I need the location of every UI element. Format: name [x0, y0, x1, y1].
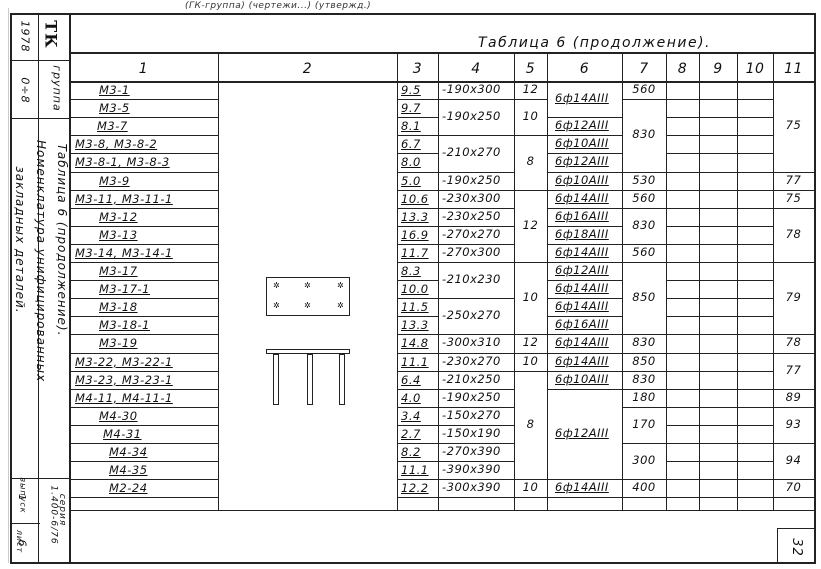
mass-value: 6.7: [401, 139, 421, 151]
grid-line: [438, 135, 514, 136]
element-name: М3-19: [99, 338, 138, 350]
plate-size: -150x190: [442, 428, 501, 440]
grid-line: [69, 371, 218, 372]
mass-value: 8.0: [401, 157, 421, 169]
grid-line: [666, 135, 699, 136]
grid-line: [666, 226, 699, 227]
grid-line: [666, 316, 699, 317]
length-value: 400: [632, 482, 655, 494]
element-name: М3-8, М3-8-2: [75, 139, 157, 151]
grid-line: [218, 52, 219, 510]
grid-line: [438, 497, 514, 498]
mass-value: 6.4: [401, 375, 421, 387]
grid-line: [514, 190, 547, 191]
element-name: М4-11, М4-11-1: [75, 393, 173, 405]
grid-line: [69, 461, 218, 462]
hole-icon: ✲: [273, 281, 280, 290]
thickness: 8: [527, 156, 535, 168]
element-name: М3-14, М3-14-1: [75, 248, 173, 260]
element-name: М3-17-1: [99, 284, 150, 296]
column-header-7: 7: [639, 62, 648, 76]
rebar-spec: 6ф14АIII: [555, 482, 609, 494]
grid-line: [397, 262, 438, 263]
grid-line: [69, 353, 218, 354]
mass-value: 14.8: [401, 338, 429, 350]
grid-line: [666, 190, 699, 191]
grid-line: [69, 510, 814, 511]
thickness: 12: [523, 337, 539, 349]
plate-size: -210x230: [442, 274, 501, 286]
grid-line: [397, 117, 438, 118]
length-value: 830: [632, 129, 655, 141]
grid-line: [666, 443, 699, 444]
grid-line: [699, 244, 737, 245]
description-line1: Таблица 6 (продолжение).: [55, 140, 69, 340]
grid-line: [737, 244, 773, 245]
grid-line: [737, 172, 773, 173]
grid-line: [397, 353, 438, 354]
plate-size: -250x270: [442, 310, 501, 322]
side-h1: [10, 60, 69, 61]
grid-line: [622, 407, 666, 408]
grid-line: [397, 190, 438, 191]
plate-size: -300x310: [442, 337, 501, 349]
grid-line: [699, 407, 737, 408]
grid-line: [737, 334, 773, 335]
grid-line: [397, 226, 438, 227]
side-h4: [10, 523, 40, 524]
grid-line: [773, 407, 814, 408]
grid-line: [397, 153, 438, 154]
element-name: М3-22, М3-22-1: [75, 357, 173, 369]
column-header-3: 3: [413, 62, 422, 76]
sheet-value: 6: [16, 540, 29, 548]
element-name: М3-23, М3-23-1: [75, 375, 173, 387]
length-value: 560: [632, 193, 655, 205]
element-name: М3-18: [99, 302, 138, 314]
rebar-spec: 6ф16АIII: [555, 211, 609, 223]
grid-line: [69, 334, 218, 335]
grid-line: [69, 407, 218, 408]
grid-line: [69, 425, 218, 426]
element-name: М3-13: [99, 230, 138, 242]
plate-size: -230x250: [442, 211, 501, 223]
length-value: 850: [632, 356, 655, 368]
grid-line: [666, 298, 699, 299]
grid-line: [666, 425, 699, 426]
group-label: группа: [51, 65, 64, 111]
drawing-sheet: (ГК-группа) (чертежи...) (утвержд.) ТК 1…: [0, 0, 821, 569]
rebar-spec: 6ф14АIII: [555, 301, 609, 313]
mass-value: 11.1: [401, 357, 429, 369]
grid-line: [397, 371, 438, 372]
grid-line: [666, 208, 699, 209]
reference-number: 77: [786, 175, 802, 187]
rebar-spec: 6ф12АIII: [555, 156, 609, 168]
top-strip-text: (ГК-группа) (чертежи...) (утвержд.): [185, 2, 371, 11]
grid-line: [69, 135, 218, 136]
reference-number: 75: [786, 120, 802, 132]
page-number: 32: [789, 538, 804, 557]
grid-line: [622, 443, 666, 444]
thickness: 10: [523, 111, 539, 123]
grid-line: [397, 479, 438, 480]
grid-line: [737, 461, 773, 462]
grid-line: [438, 298, 514, 299]
grid-line: [69, 280, 218, 281]
grid-line: [773, 262, 814, 263]
plate-size: -190x300: [442, 84, 501, 96]
grid-line: [699, 425, 737, 426]
element-name: М4-31: [103, 429, 142, 441]
rebar-spec: 6ф14АIII: [555, 356, 609, 368]
grid-line: [397, 461, 438, 462]
grid-line: [666, 117, 699, 118]
grid-line: [547, 389, 622, 390]
grid-line: [397, 443, 438, 444]
mass-value: 8.2: [401, 447, 421, 459]
mass-value: 16.9: [401, 230, 429, 242]
mass-value: 3.4: [401, 411, 421, 423]
grid-line: [737, 316, 773, 317]
grid-line: [699, 172, 737, 173]
issue-value: 1: [16, 494, 27, 501]
year: 1978: [19, 21, 32, 53]
reference-number: 79: [786, 292, 802, 304]
grid-line: [666, 371, 699, 372]
grid-line: [397, 280, 438, 281]
reference-number: 89: [786, 392, 802, 404]
plate-size: -210x270: [442, 147, 501, 159]
plate-size: -210x250: [442, 374, 501, 386]
grid-line: [699, 99, 737, 100]
element-name: М3-1: [99, 85, 130, 97]
plate-size: -270x300: [442, 247, 501, 259]
grid-line: [397, 244, 438, 245]
grid-line: [737, 497, 773, 498]
element-name: М3-11, М3-11-1: [75, 194, 173, 206]
grid-line: [737, 117, 773, 118]
length-value: 180: [632, 392, 655, 404]
grid-line: [699, 497, 737, 498]
reference-number: 75: [786, 193, 802, 205]
mass-value: 5.0: [401, 176, 421, 188]
grid-line: [69, 298, 218, 299]
table-title: Таблица 6 (продолжение).: [478, 36, 711, 50]
grid-line: [397, 407, 438, 408]
element-name: М3-12: [99, 212, 138, 224]
column-header-10: 10: [746, 62, 765, 76]
column-header-8: 8: [678, 62, 687, 76]
grid-line: [69, 262, 218, 263]
grid-line: [737, 226, 773, 227]
grid-line: [773, 443, 814, 444]
grid-line: [69, 208, 218, 209]
grid-line: [699, 298, 737, 299]
grid-line: [69, 497, 218, 498]
column-header-1: 1: [139, 62, 148, 76]
grid-line: [397, 334, 438, 335]
rebar-spec: 6ф12АIII: [555, 120, 609, 132]
grid-line: [69, 244, 218, 245]
thickness: 10: [523, 292, 539, 304]
column-header-4: 4: [471, 62, 480, 76]
grid-line: [737, 389, 773, 390]
reference-number: 78: [786, 229, 802, 241]
mass-value: 13.3: [401, 212, 429, 224]
grid-line: [514, 52, 515, 510]
rebar-spec: 6ф14АIII: [555, 283, 609, 295]
series-value: 1.400-6/76: [49, 485, 59, 544]
reference-number: 94: [786, 455, 802, 467]
element-name: М4-30: [99, 411, 138, 423]
column-header-2: 2: [303, 62, 312, 76]
grid-line: [514, 99, 547, 100]
mass-value: 11.1: [401, 465, 429, 477]
grid-line: [699, 262, 737, 263]
reference-number: 70: [786, 482, 802, 494]
grid-line: [69, 153, 218, 154]
thickness: 10: [523, 482, 539, 494]
mass-value: 9.5: [401, 85, 421, 97]
grid-line: [547, 497, 622, 498]
mass-value: 10.0: [401, 284, 429, 296]
element-name: М3-18-1: [99, 320, 150, 332]
grid-line: [666, 244, 699, 245]
grid-line: [699, 479, 737, 480]
length-value: 560: [632, 247, 655, 259]
mass-value: 8.3: [401, 266, 421, 278]
grid-line: [699, 334, 737, 335]
length-value: 850: [632, 292, 655, 304]
grid-line: [737, 280, 773, 281]
rebar-spec: 6ф14АIII: [555, 247, 609, 259]
mass-value: 13.3: [401, 320, 429, 332]
grid-line: [699, 153, 737, 154]
rebar-spec: 6ф14АIII: [555, 337, 609, 349]
grid-line: [666, 479, 699, 480]
element-name: М2-24: [109, 483, 148, 495]
grid-line: [699, 443, 737, 444]
grid-line: [514, 135, 547, 136]
grid-line: [666, 407, 699, 408]
length-value: 170: [632, 419, 655, 431]
grid-line: [699, 371, 737, 372]
element-name: М3-7: [97, 121, 128, 133]
right-border: [814, 13, 816, 562]
thickness: 12: [523, 84, 539, 96]
left-border: [10, 13, 12, 562]
scan-edge: [8, 8, 9, 563]
grid-line: [737, 262, 773, 263]
grid-line: [666, 262, 699, 263]
length-value: 830: [632, 220, 655, 232]
grid-line: [514, 371, 547, 372]
tk-logo: ТК: [42, 20, 61, 48]
description-line3: закладных деталей.: [13, 140, 27, 340]
grid-line: [666, 280, 699, 281]
element-name: М3-17: [99, 266, 138, 278]
element-name: М3-8-1, М3-8-3: [75, 157, 170, 169]
title-underline: [69, 52, 815, 54]
rebar-spec: 6ф16АIII: [555, 319, 609, 331]
grid-line: [69, 389, 218, 390]
grid-line: [397, 389, 438, 390]
grid-line: [622, 52, 623, 510]
thickness: 12: [523, 220, 539, 232]
hole-icon: ✲: [304, 281, 311, 290]
top-border: [10, 13, 816, 15]
reference-number: 93: [786, 419, 802, 431]
grid-line: [666, 353, 699, 354]
thickness: 8: [527, 419, 535, 431]
grid-line: [737, 208, 773, 209]
reference-number: 77: [786, 365, 802, 377]
grid-line: [699, 353, 737, 354]
grid-line: [69, 316, 218, 317]
grid-line: [666, 334, 699, 335]
grid-line: [737, 425, 773, 426]
mass-value: 8.1: [401, 121, 421, 133]
grid-line: [699, 135, 737, 136]
grid-line: [397, 316, 438, 317]
grid-line: [737, 153, 773, 154]
grid-line: [773, 353, 814, 354]
rebar-spec: 6ф18АIII: [555, 229, 609, 241]
grid-line: [397, 298, 438, 299]
grid-line: [397, 172, 438, 173]
plate-size: -230x270: [442, 356, 501, 368]
plate-size: -190x250: [442, 111, 501, 123]
grid-line: [737, 353, 773, 354]
anchor-rod: [307, 354, 313, 405]
plate-size: -150x270: [442, 410, 501, 422]
mass-value: 12.2: [401, 483, 429, 495]
mass-value: 10.6: [401, 194, 429, 206]
hole-icon: ✲: [304, 301, 311, 310]
rebar-spec: 6ф14АIII: [555, 93, 609, 105]
grid-line: [699, 389, 737, 390]
grid-line: [622, 497, 666, 498]
grid-line: [514, 262, 547, 263]
hole-icon: ✲: [273, 301, 280, 310]
grid-line: [699, 280, 737, 281]
grid-line: [397, 425, 438, 426]
grid-line: [737, 443, 773, 444]
length-value: 560: [632, 84, 655, 96]
column-header-11: 11: [784, 62, 803, 76]
plate-size: -300x390: [442, 482, 501, 494]
length-value: 530: [632, 175, 655, 187]
grid-line: [773, 52, 774, 510]
grid-line: [666, 153, 699, 154]
grid-line: [438, 52, 439, 510]
rebar-spec: 6ф10АIII: [555, 138, 609, 150]
mass-value: 11.5: [401, 302, 429, 314]
grid-line: [438, 99, 514, 100]
anchor-rod: [339, 354, 345, 405]
grid-line: [397, 497, 438, 498]
mass-value: 11.7: [401, 248, 429, 260]
element-name: М3-5: [99, 103, 130, 115]
mass-value: 9.7: [401, 103, 421, 115]
plate-size: -390x390: [442, 464, 501, 476]
grid-line: [69, 190, 218, 191]
length-value: 300: [632, 455, 655, 467]
grid-line: [773, 208, 814, 209]
mass-value: 4.0: [401, 393, 421, 405]
hole-icon: ✲: [337, 281, 344, 290]
grid-line: [699, 316, 737, 317]
column-header-6: 6: [580, 62, 589, 76]
bottom-border: [10, 562, 816, 564]
reference-number: 78: [786, 337, 802, 349]
grid-line: [69, 443, 218, 444]
mass-value: 2.7: [401, 429, 421, 441]
grid-line: [666, 389, 699, 390]
grid-line: [397, 208, 438, 209]
grid-line: [737, 190, 773, 191]
plate-size: -190x250: [442, 392, 501, 404]
grid-line: [666, 497, 699, 498]
grid-line: [514, 497, 547, 498]
column-header-9: 9: [713, 62, 722, 76]
group-value: 0÷8: [19, 77, 32, 103]
hole-icon: ✲: [337, 301, 344, 310]
element-name: М3-9: [99, 176, 130, 188]
anchor-rod: [273, 354, 279, 405]
grid-line: [773, 497, 814, 498]
side-h2: [10, 118, 69, 119]
rebar-spec: 6ф12АIII: [555, 428, 609, 440]
rebar-spec: 6ф12АIII: [555, 265, 609, 277]
grid-line: [438, 262, 514, 263]
grid-line: [397, 135, 438, 136]
grid-line: [69, 99, 218, 100]
grid-line: [737, 479, 773, 480]
grid-line: [699, 117, 737, 118]
grid-line: [666, 99, 699, 100]
grid-line: [622, 208, 666, 209]
grid-line: [699, 226, 737, 227]
length-value: 830: [632, 374, 655, 386]
grid-line: [737, 99, 773, 100]
grid-line: [699, 190, 737, 191]
grid-line: [622, 99, 666, 100]
grid-line: [622, 262, 666, 263]
grid-line: [666, 172, 699, 173]
grid-line: [397, 99, 438, 100]
grid-line: [69, 226, 218, 227]
rebar-spec: 6ф10АIII: [555, 374, 609, 386]
rebar-spec: 6ф14АIII: [555, 193, 609, 205]
grid-line: [737, 407, 773, 408]
plate-size: -190x250: [442, 175, 501, 187]
column-header-5: 5: [526, 62, 535, 76]
length-value: 830: [632, 337, 655, 349]
element-name: М4-34: [109, 447, 148, 459]
grid-line: [69, 479, 218, 480]
grid-line: [737, 135, 773, 136]
grid-line: [69, 117, 218, 118]
rebar-spec: 6ф10АIII: [555, 175, 609, 187]
grid-line: [666, 461, 699, 462]
grid-line: [737, 298, 773, 299]
grid-line: [69, 172, 218, 173]
thickness: 10: [523, 356, 539, 368]
plate-size: -230x300: [442, 193, 501, 205]
grid-line: [699, 208, 737, 209]
